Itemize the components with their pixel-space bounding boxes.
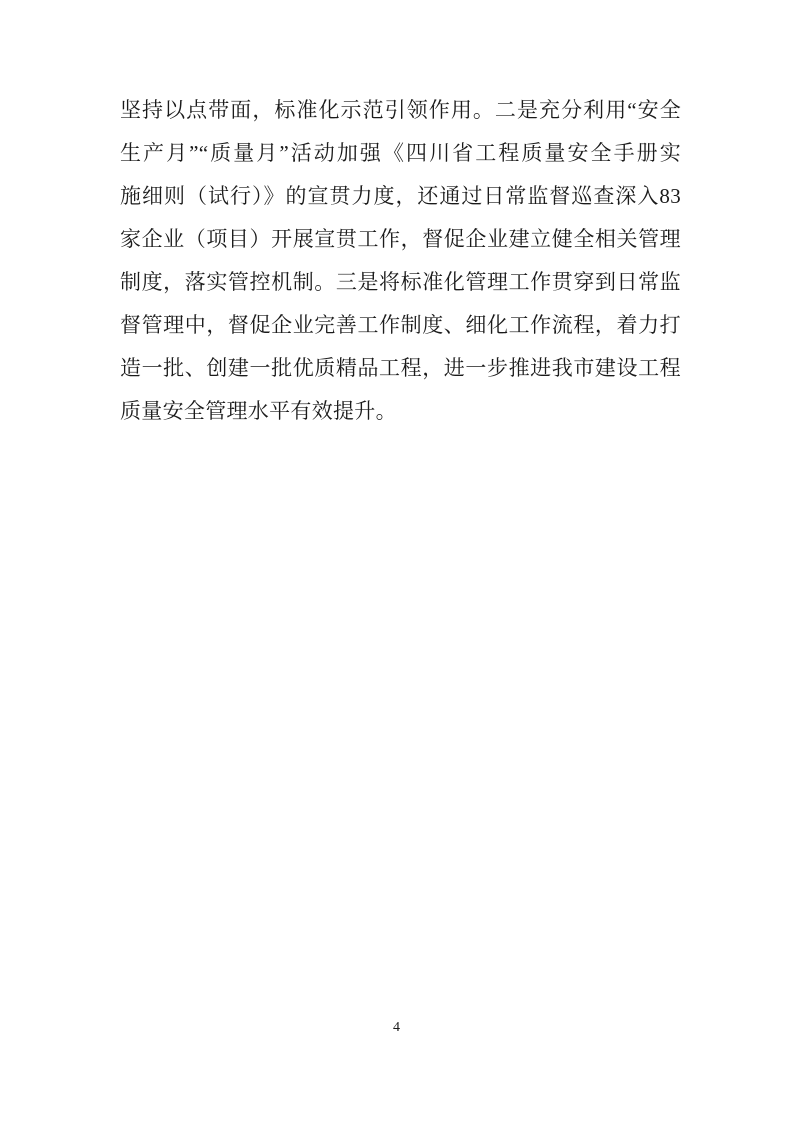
paragraph-block: 坚持以点带面，标准化示范引领作用。二是充分利用“安全 生产月”“质量月”活动加强… [120,89,681,433]
paragraph-line: 施细则（试行）》的宣贯力度，还通过日常监督巡查深入83 [120,175,681,218]
paragraph-line: 制度，落实管控机制。三是将标准化管理工作贯穿到日常监 [120,261,681,304]
paragraph-line: 督管理中，督促企业完善工作制度、细化工作流程，着力打 [120,304,681,347]
page-number: 4 [393,1020,400,1035]
paragraph-line: 坚持以点带面，标准化示范引领作用。二是充分利用“安全 [120,89,681,132]
paragraph-line: 质量安全管理水平有效提升。 [120,390,681,433]
paragraph-line: 生产月”“质量月”活动加强《四川省工程质量安全手册实 [120,132,681,175]
paragraph-line: 造一批、创建一批优质精品工程，进一步推进我市建设工程 [120,347,681,390]
page-footer: 4 [0,1018,793,1037]
document-page: 坚持以点带面，标准化示范引领作用。二是充分利用“安全 生产月”“质量月”活动加强… [0,0,793,1122]
paragraph-line: 家企业（项目）开展宣贯工作，督促企业建立健全相关管理 [120,218,681,261]
